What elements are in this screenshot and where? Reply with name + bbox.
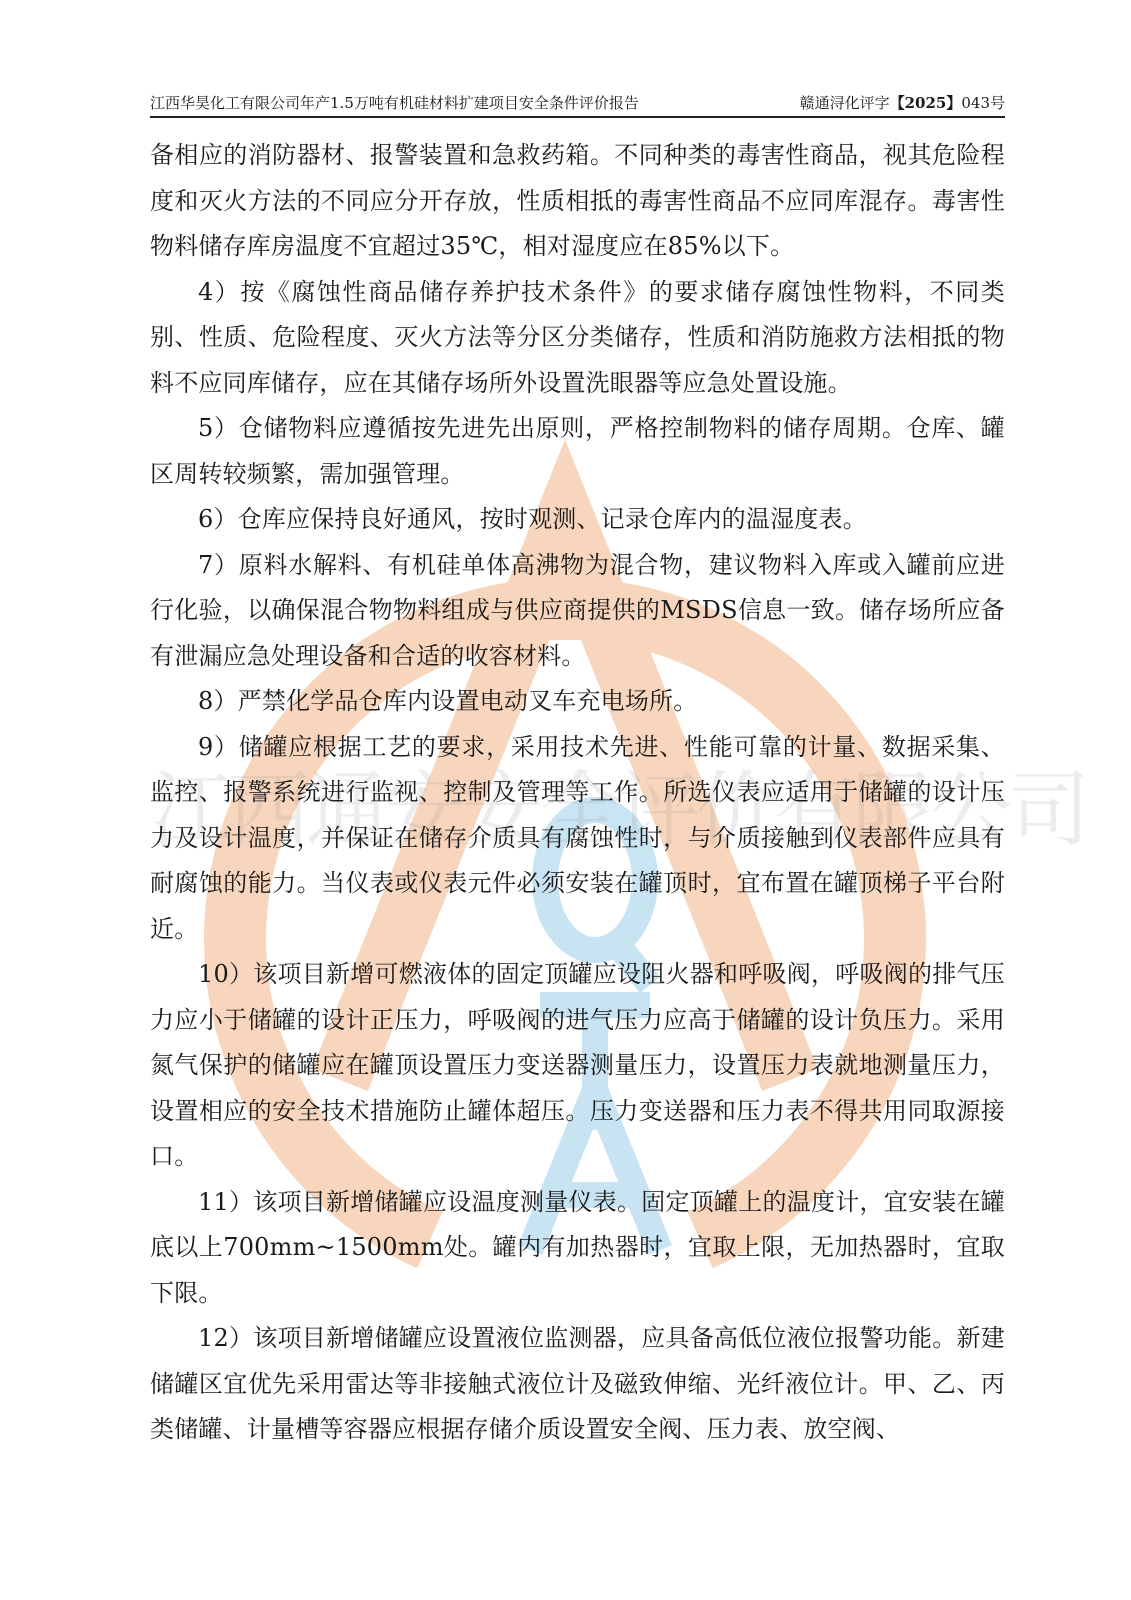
- report-title: 江西华昊化工有限公司年产1.5万吨有机硅材料扩建项目安全条件评价报告: [150, 92, 639, 113]
- paragraph-item-11: 11）该项目新增储罐应设温度测量仪表。固定顶罐上的温度计，宜安装在罐底以上700…: [150, 1180, 1005, 1317]
- paragraph-item-10: 10）该项目新增可燃液体的固定顶罐应设阻火器和呼吸阀，呼吸阀的排气压力应小于储罐…: [150, 952, 1005, 1180]
- document-number: 赣通浔化评字【2025】043号: [800, 92, 1005, 113]
- document-year: 【2025】: [890, 94, 962, 112]
- paragraph-item-7: 7）原料水解料、有机硅单体高沸物为混合物，建议物料入库或入罐前应进行化验，以确保…: [150, 543, 1005, 680]
- paragraph-item-5: 5）仓储物料应遵循按先进先出原则，严格控制物料的储存周期。仓库、罐区周转较频繁，…: [150, 406, 1005, 497]
- paragraph-item-9: 9）储罐应根据工艺的要求，采用技术先进、性能可靠的计量、数据采集、监控、报警系统…: [150, 725, 1005, 953]
- paragraph-item-12: 12）该项目新增储罐应设置液位监测器，应具备高低位液位报警功能。新建储罐区宜优先…: [150, 1316, 1005, 1453]
- page-header: 江西华昊化工有限公司年产1.5万吨有机硅材料扩建项目安全条件评价报告 赣通浔化评…: [150, 92, 1005, 118]
- paragraph-item-4: 4）按《腐蚀性商品储存养护技术条件》的要求储存腐蚀性物料，不同类别、性质、危险程…: [150, 270, 1005, 407]
- document-body: 备相应的消防器材、报警装置和急救药箱。不同种类的毒害性商品，视其危险程度和灭火方…: [150, 133, 1005, 1453]
- paragraph-item-6: 6）仓库应保持良好通风，按时观测、记录仓库内的温湿度表。: [150, 497, 1005, 543]
- paragraph-item-8: 8）严禁化学品仓库内设置电动叉车充电场所。: [150, 679, 1005, 725]
- paragraph-continuation: 备相应的消防器材、报警装置和急救药箱。不同种类的毒害性商品，视其危险程度和灭火方…: [150, 133, 1005, 270]
